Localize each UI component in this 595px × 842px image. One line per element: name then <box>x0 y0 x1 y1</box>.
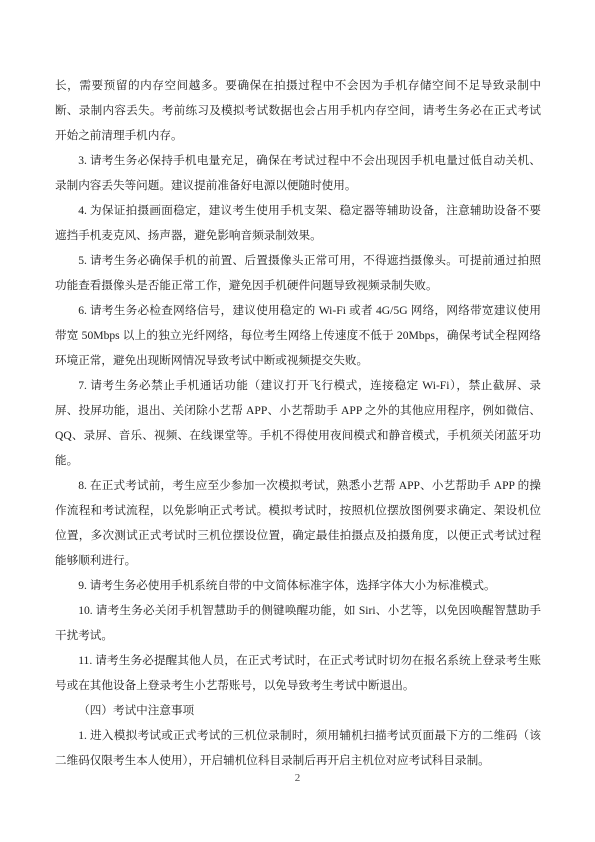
document-body: 长，需要预留的内存空间越多。要确保在拍摄过程中不会因为手机存储空间不足导致录制中… <box>55 73 541 773</box>
list-item-11: 11. 请考生务必提醒其他人员，在正式考试时，在正式考试时切勿在报名系统上登录考… <box>55 648 541 698</box>
list-item-4: 4. 为保证拍摄画面稳定，建议考生使用手机支架、稳定器等辅助设备，注意辅助设备不… <box>55 198 541 248</box>
list-item-3: 3. 请考生务必保持手机电量充足，确保在考试过程中不会出现因手机电量过低自动关机… <box>55 148 541 198</box>
list-item-7: 7. 请考生务必禁止手机通话功能（建议打开飞行模式，连接稳定 Wi-Fi），禁止… <box>55 373 541 473</box>
document-page: 长，需要预留的内存空间越多。要确保在拍摄过程中不会因为手机存储空间不足导致录制中… <box>0 0 595 842</box>
list-item-6: 6. 请考生务必检查网络信号，建议使用稳定的 Wi-Fi 或者 4G/5G 网络… <box>55 298 541 373</box>
list-item-9: 9. 请考生务必使用手机系统自带的中文简体标准字体，选择字体大小为标准模式。 <box>55 573 541 598</box>
list-item-10: 10. 请考生务必关闭手机智慧助手的侧键唤醒功能，如 Siri、小艺等，以免因唤… <box>55 598 541 648</box>
list-item-5: 5. 请考生务必确保手机的前置、后置摄像头正常可用，不得遮挡摄像头。可提前通过拍… <box>55 248 541 298</box>
list-item-8: 8. 在正式考试前，考生应至少参加一次模拟考试，熟悉小艺帮 APP、小艺帮助手 … <box>55 473 541 573</box>
paragraph-continuation: 长，需要预留的内存空间越多。要确保在拍摄过程中不会因为手机存储空间不足导致录制中… <box>55 73 541 148</box>
page-number: 2 <box>0 766 595 791</box>
section-heading: （四）考试中注意事项 <box>55 698 541 723</box>
